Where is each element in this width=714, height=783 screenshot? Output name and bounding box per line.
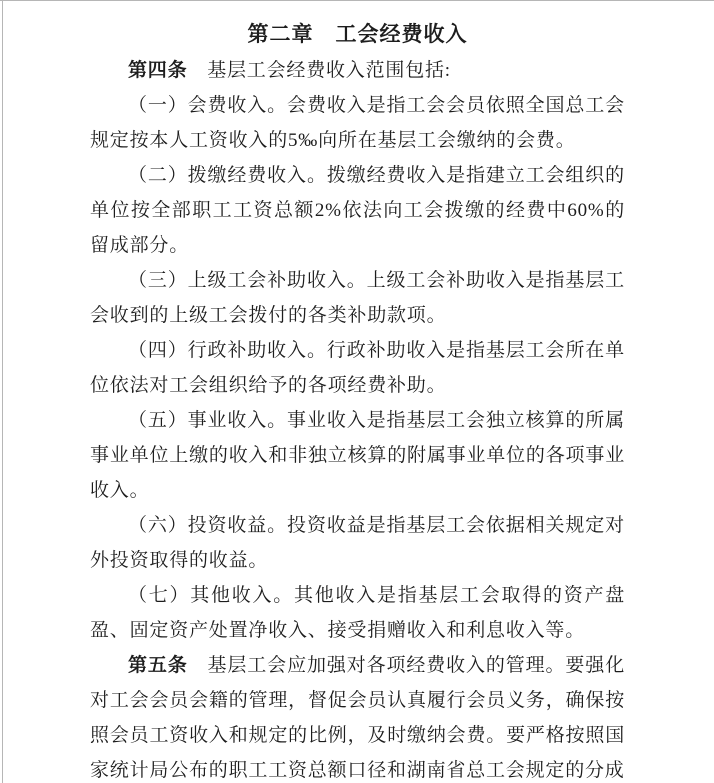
paragraph-item-4: （四）行政补助收入。行政补助收入是指基层工会所在单位依法对工会组织给予的各项经费… xyxy=(90,333,625,403)
paragraph-item-6: （六）投资收益。投资收益是指基层工会依据相关规定对外投资取得的收益。 xyxy=(90,508,625,578)
paragraph-text: （六）投资收益。投资收益是指基层工会依据相关规定对外投资取得的收益。 xyxy=(90,515,625,571)
document-page: 第二章 工会经费收入 第四条 基层工会经费收入范围包括: （一）会费收入。会费收… xyxy=(0,0,714,783)
paragraph-text: （三）上级工会补助收入。上级工会补助收入是指基层工会收到的上级工会拨付的各类补助… xyxy=(90,270,625,326)
chapter-title: 第二章 工会经费收入 xyxy=(90,15,625,53)
article-number-label: 第四条 xyxy=(128,60,187,81)
paragraph-text: （四）行政补助收入。行政补助收入是指基层工会所在单位依法对工会组织给予的各项经费… xyxy=(90,340,625,396)
paragraph-article-5: 第五条 基层工会应加强对各项经费收入的管理。要强化对工会会员会籍的管理，督促会员… xyxy=(90,648,625,783)
article-number-label: 第五条 xyxy=(128,655,188,676)
paragraph-text: （五）事业收入。事业收入是指基层工会独立核算的所属事业单位上缴的收入和非独立核算… xyxy=(90,410,625,501)
paragraph-text: （七）其他收入。其他收入是指基层工会取得的资产盘盈、固定资产处置净收入、接受捐赠… xyxy=(90,585,625,641)
paragraph-item-3: （三）上级工会补助收入。上级工会补助收入是指基层工会收到的上级工会拨付的各类补助… xyxy=(90,263,625,333)
paragraph-item-7: （七）其他收入。其他收入是指基层工会取得的资产盘盈、固定资产处置净收入、接受捐赠… xyxy=(90,578,625,648)
paragraph-item-1: （一）会费收入。会费收入是指工会会员依照全国总工会规定按本人工资收入的5‰向所在… xyxy=(90,88,625,158)
paragraph-text: （二）拨缴经费收入。拨缴经费收入是指建立工会组织的单位按全部职工工资总额2%依法… xyxy=(90,165,625,256)
paragraph-item-5: （五）事业收入。事业收入是指基层工会独立核算的所属事业单位上缴的收入和非独立核算… xyxy=(90,403,625,508)
page-top-edge xyxy=(0,0,714,1)
page-left-edge xyxy=(2,0,3,783)
paragraph-article-4: 第四条 基层工会经费收入范围包括: xyxy=(90,53,625,88)
paragraph-item-2: （二）拨缴经费收入。拨缴经费收入是指建立工会组织的单位按全部职工工资总额2%依法… xyxy=(90,158,625,263)
document-content: 第二章 工会经费收入 第四条 基层工会经费收入范围包括: （一）会费收入。会费收… xyxy=(90,15,625,783)
paragraph-text: 基层工会经费收入范围包括: xyxy=(187,60,450,81)
paragraph-text: （一）会费收入。会费收入是指工会会员依照全国总工会规定按本人工资收入的5‰向所在… xyxy=(90,95,625,151)
